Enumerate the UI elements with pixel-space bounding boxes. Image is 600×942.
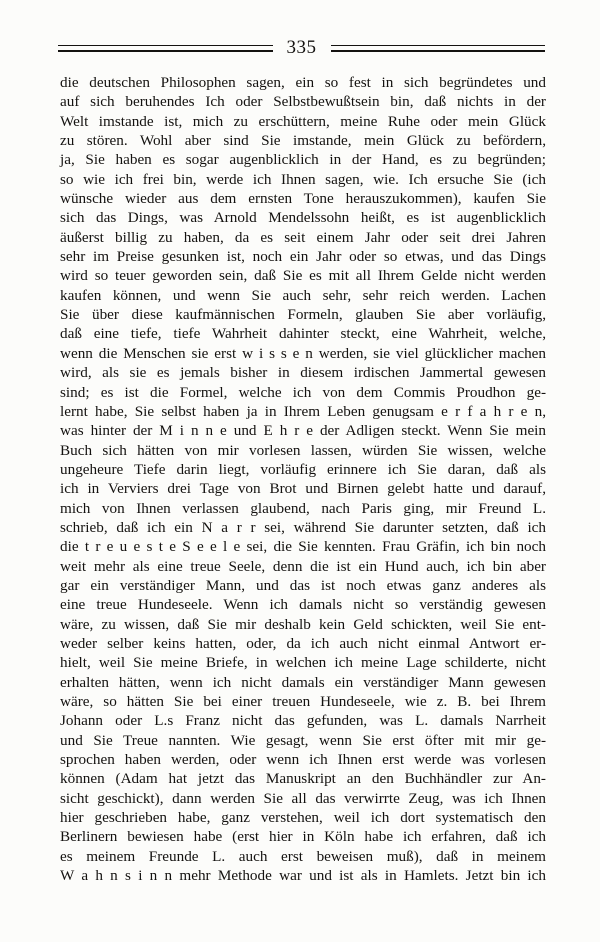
- text-line: sind; es ist die Formel, welche ich von …: [60, 383, 546, 402]
- text-line: sprochen haben werden, oder wenn ich Ihn…: [60, 750, 546, 769]
- text-line: sicht geschickt), dann werden Sie all da…: [60, 789, 546, 808]
- text-line: so wie ich frei bin, werde ich Ihnen sag…: [60, 170, 546, 189]
- text-line: hier geschrieben habe, ganz verstehen, w…: [60, 808, 546, 827]
- text-line: wenn die Menschen sie erst w i s s e n w…: [60, 344, 546, 363]
- text-line: und Sie Treue nannten. Wie gesagt, wenn …: [60, 731, 546, 750]
- text-line: es meinem Freunde L. auch erst beweisen …: [60, 847, 546, 866]
- text-line: sich das Dings, was Arnold Mendelssohn h…: [60, 208, 546, 227]
- text-line: was hinter der M i n n e und E h r e der…: [60, 421, 546, 440]
- text-line: daß eine tiefe, tiefe Wahrheit dahinter …: [60, 324, 546, 343]
- text-line: gar ein verständiger Mann, und das ist n…: [60, 576, 546, 595]
- text-line: ich in Verviers drei Tage von Brot und B…: [60, 479, 546, 498]
- text-line: mich von Ihnen verlassen glaubend, nach …: [60, 499, 546, 518]
- page-number: 335: [283, 38, 321, 59]
- text-line: eine treue Hundeseele. Wenn ich damals n…: [60, 595, 546, 614]
- text-line: Buch sich hätten von mir vorlesen lassen…: [60, 441, 546, 460]
- text-line: kaufen können, und wenn Sie auch sehr, s…: [60, 286, 546, 305]
- text-line: auf sich beruhendes Ich oder Selbstbewuß…: [60, 92, 546, 111]
- text-line: wird so teuer geworden sein, daß Sie es …: [60, 266, 546, 285]
- text-line: Johann oder L.s Franz nicht das gefunden…: [60, 711, 546, 730]
- text-line: ja, Sie haben es sogar augenblicklich in…: [60, 150, 546, 169]
- text-line: wird, als sie es jemals bisher in diesem…: [60, 363, 546, 382]
- text-line: äußerst billig zu haben, da es seit eine…: [60, 228, 546, 247]
- text-line: ungeheure Tiefe darin liegt, vorläufig e…: [60, 460, 546, 479]
- text-line: schrieb, daß ich ein N a r r sei, währen…: [60, 518, 546, 537]
- text-line: zu stören. Wohl aber sind Sie imstande, …: [60, 131, 546, 150]
- text-line: erhalten hätten, wenn ich nicht damals e…: [60, 673, 546, 692]
- text-line: Welt imstande ist, mich zu erschüttern, …: [60, 112, 546, 131]
- text-line: können (Adam hat jetzt das Manuskript an…: [60, 769, 546, 788]
- text-line: wünsche wieder aus dem ernsten Tone hera…: [60, 189, 546, 208]
- text-line: weder selber keins hatten, oder, da ich …: [60, 634, 546, 653]
- header-rule-right: [331, 45, 546, 52]
- text-line: sehr im Preise gesunken ist, noch ein Ja…: [60, 247, 546, 266]
- text-line: hielt, weil Sie meine Briefe, in welchen…: [60, 653, 546, 672]
- header-rule-left: [58, 45, 273, 52]
- text-line: lernt habe, Sie selbst haben ja in Ihrem…: [60, 402, 546, 421]
- text-line: die t r e u e s t e S e e l e sei, die S…: [60, 537, 546, 556]
- text-line: die deutschen Philosophen sagen, ein so …: [60, 73, 546, 92]
- text-line: weit mehr als eine treue Seele, denn die…: [60, 557, 546, 576]
- text-line: Sie über diese kaufmännischen Formeln, g…: [60, 305, 546, 324]
- text-line: W a h n s i n n mehr Methode war und ist…: [60, 866, 546, 885]
- text-line: Berlinern bewiesen habe (erst hier in Kö…: [60, 827, 546, 846]
- text-line: wäre, so hätten Sie bei einer treuen Hun…: [60, 692, 546, 711]
- text-line: wäre, zu wissen, daß Sie mir deshalb kei…: [60, 615, 546, 634]
- book-page: 335 die deutschen Philosophen sagen, ein…: [0, 0, 600, 942]
- running-head: 335: [58, 36, 545, 60]
- body-text-block: die deutschen Philosophen sagen, ein so …: [60, 73, 546, 885]
